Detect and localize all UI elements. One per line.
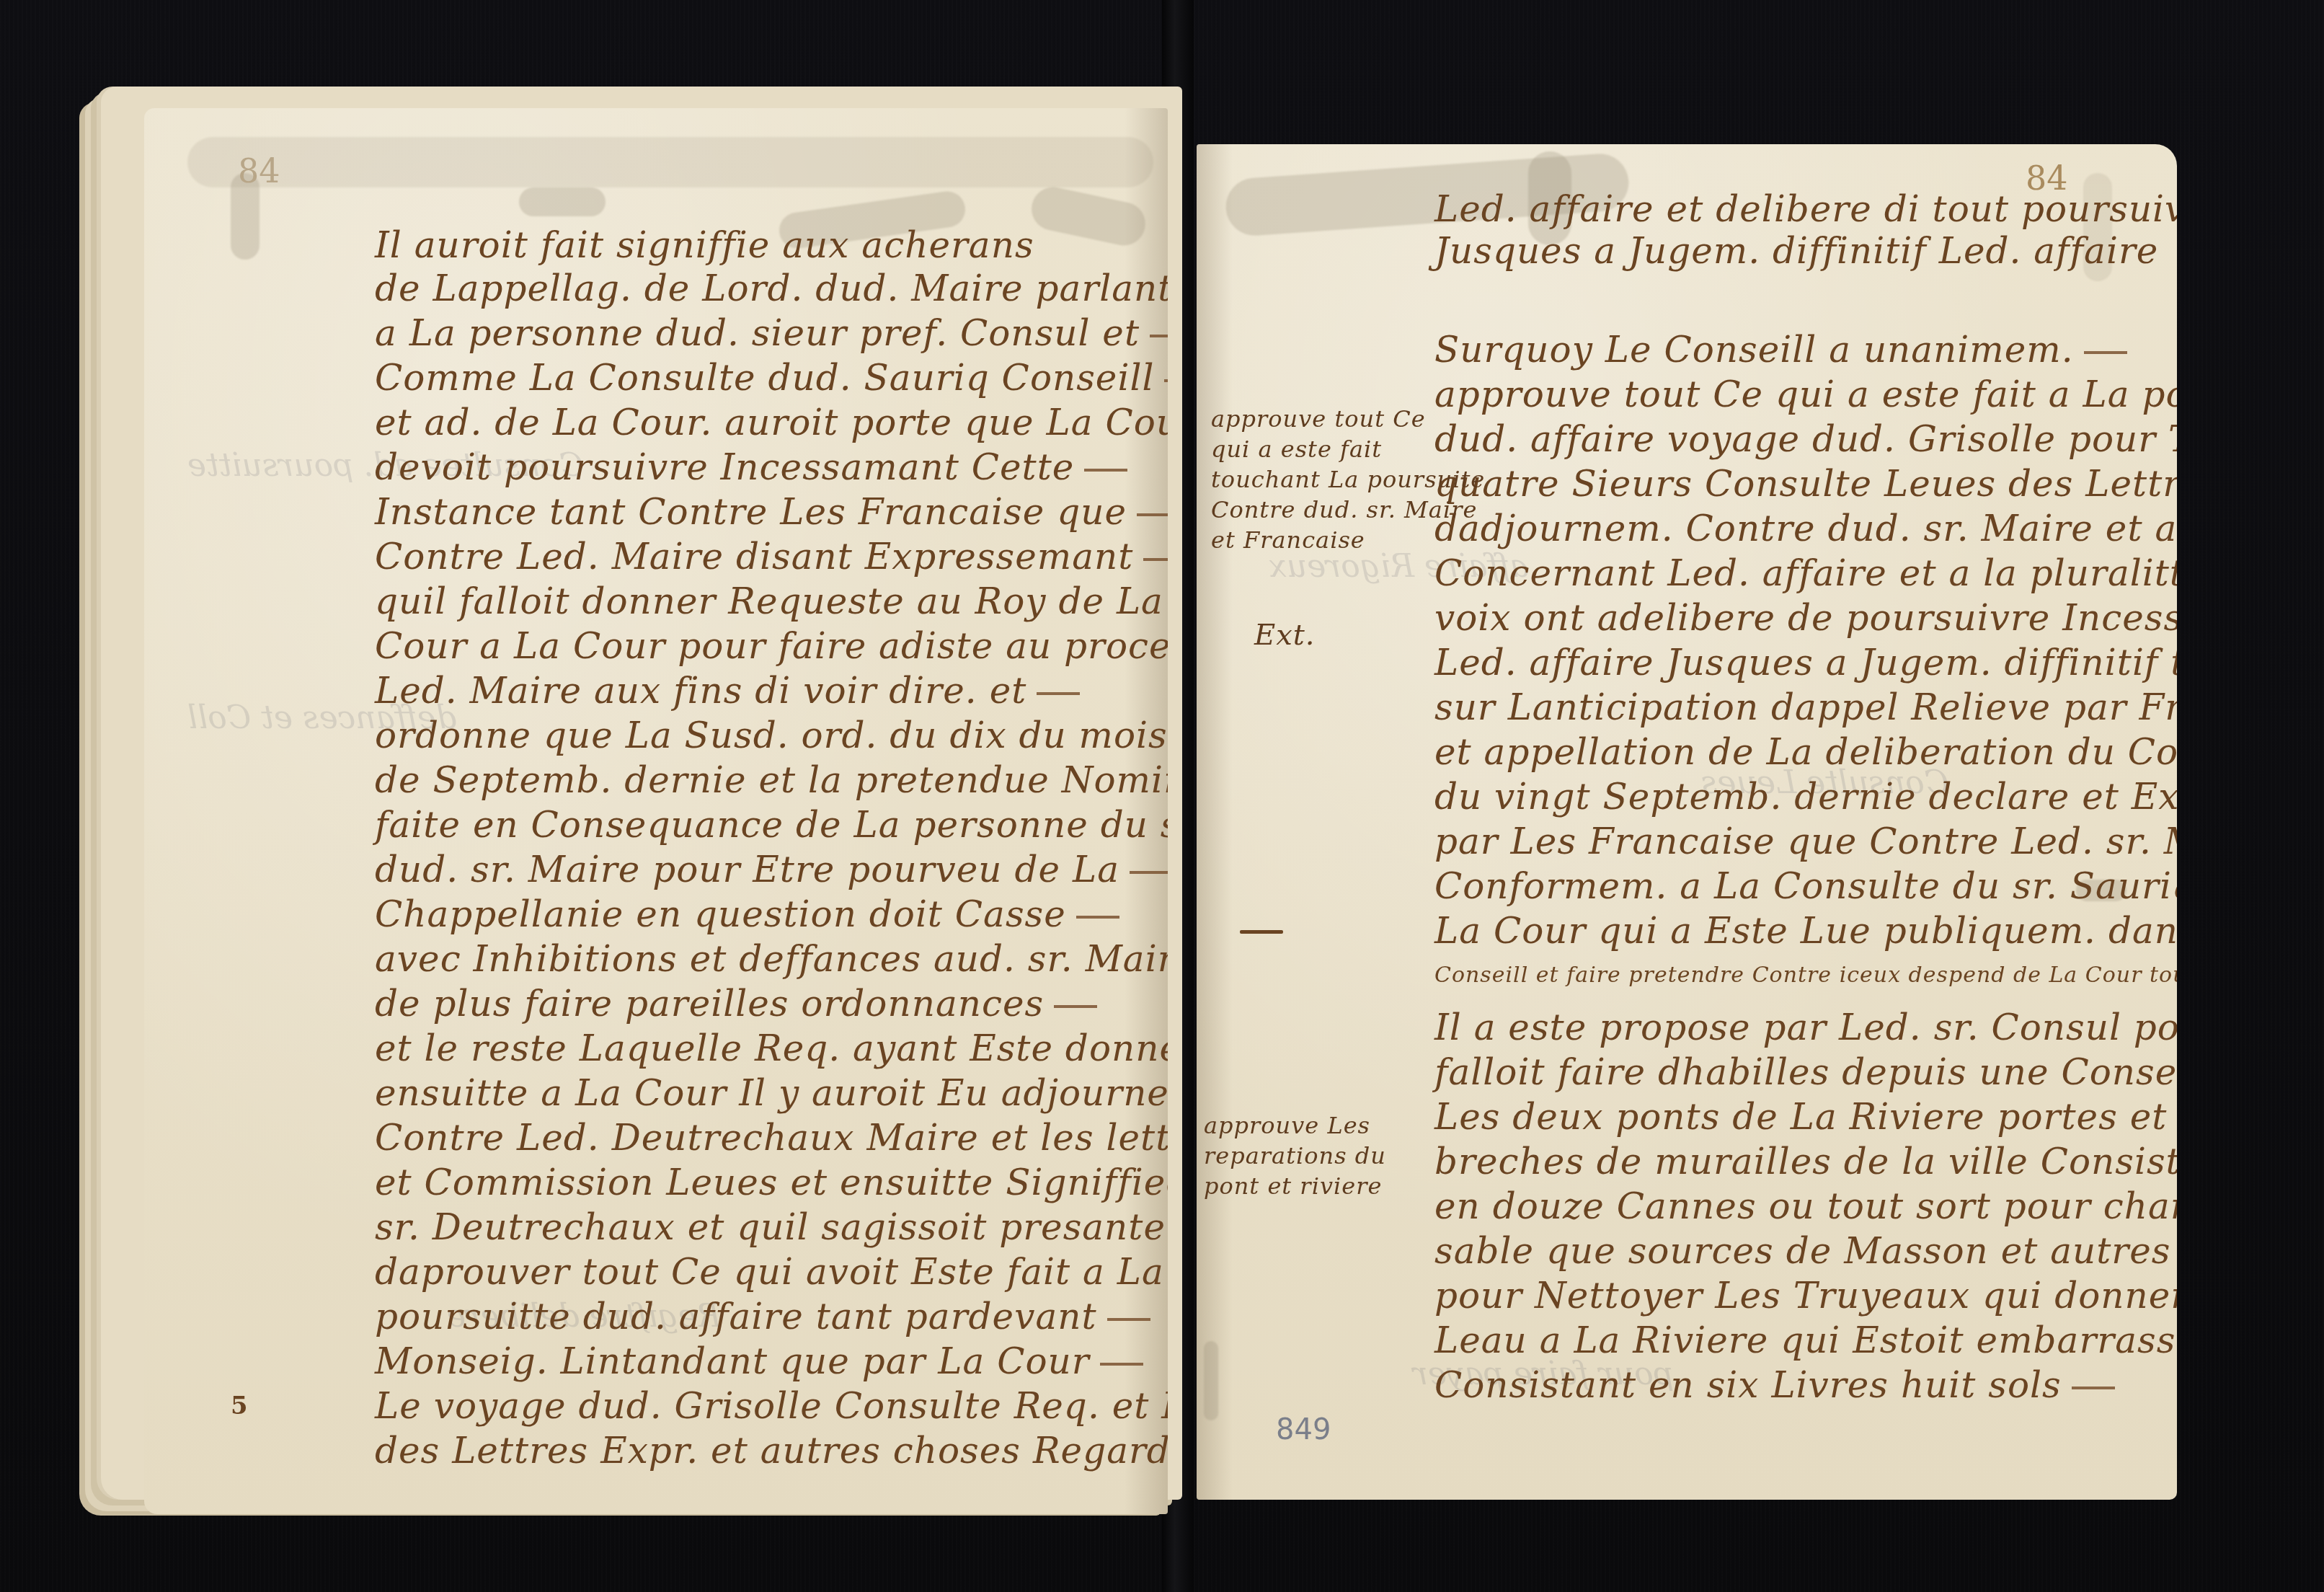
text-line: Les deux ponts de La Riviere portes et	[1434, 1095, 2177, 1138]
text-line: et ad. de La Cour. auroit porte que La C…	[375, 401, 1168, 444]
text-line: par Les Francaise que Contre Led. sr. Ma…	[1434, 820, 2177, 863]
text-line: Leau a La Riviere qui Estoit embarrasse	[1434, 1319, 2177, 1362]
pencil-page-number: 849	[1276, 1413, 1331, 1446]
ink-blot-mark: 5	[231, 1392, 248, 1420]
text-line: La Cour qui a Este Lue publiquem. dans L…	[1434, 909, 2177, 952]
text-line: Le voyage dud. Grisolle Consulte Req. et…	[375, 1384, 1168, 1428]
text-line: Il a este propose par Led. sr. Consul po…	[1434, 1006, 2177, 1049]
text-line: Il auroit fait signiffie aux acherans	[375, 224, 1034, 267]
water-stain	[187, 137, 1153, 187]
text-line: en douze Cannes ou tout sort pour change…	[1434, 1185, 2177, 1228]
margin-note-repairs: approuve Les reparations du pont et rivi…	[1204, 1110, 1386, 1201]
text-line: Conseill et faire pretendre Contre iceux…	[1434, 954, 2177, 997]
text-line: Conformem. a La Consulte du sr. Sauriq a…	[1434, 864, 2177, 908]
text-line: Led. Maire aux fins di voir dire. et	[375, 669, 1080, 712]
text-line: dadjournem. Contre dud. sr. Maire et ade…	[1434, 507, 2177, 550]
text-line: avec Inhibitions et deffances aud. sr. M…	[375, 937, 1168, 981]
text-line: dud. sr. Maire pour Etre pourveu de La	[375, 848, 1168, 891]
text-line: Cour a La Cour pour faire adiste au proc…	[375, 624, 1168, 668]
text-line: et Commission Leues et ensuitte Signiffi…	[375, 1161, 1168, 1204]
text-line: dud. affaire voyage dud. Grisolle pour T…	[1434, 417, 2177, 461]
text-line: Jusques a Jugem. diffinitif Led. affaire	[1434, 229, 2158, 273]
text-line: des Lettres Expr. et autres choses Regar…	[375, 1429, 1168, 1472]
text-line: Monseig. Lintandant que par La Cour	[375, 1340, 1143, 1383]
text-line: quil falloit donner Requeste au Roy de L…	[375, 580, 1168, 623]
text-line: falloit faire dhabilles depuis une Conse…	[1434, 1051, 2177, 1094]
text-line: Contre Led. Deutrechaux Maire et les let…	[375, 1116, 1168, 1159]
text-line: Contre Led. Maire disant Expressemant	[375, 535, 1168, 578]
margin-note-approval: approuve tout Ce qui a este fait touchan…	[1211, 404, 1485, 555]
text-line: devoit poursuivre Incessamant Cette	[375, 446, 1127, 489]
text-line: Surquoy Le Conseill a unanimem.	[1434, 328, 2127, 371]
text-line: du vingt Septemb. dernie declare et Expl…	[1434, 775, 2177, 818]
text-line: Concernant Led. affaire et a la pluralit…	[1434, 552, 2177, 595]
text-line: ensuitte a La Cour Il y auroit Eu adjour…	[375, 1071, 1168, 1115]
text-line: sur Lanticipation dappel Relieve par Fra…	[1434, 686, 2177, 729]
water-stain	[519, 187, 606, 216]
text-line: Led. affaire Jusques a Jugem. diffinitif…	[1434, 641, 2177, 684]
text-line: breches de murailles de la ville Consist…	[1434, 1140, 2177, 1183]
text-line: pour Nettoyer Les Truyeaux qui donnent	[1434, 1274, 2177, 1317]
text-line: de plus faire pareilles ordonnances	[375, 982, 1097, 1025]
text-line: Comme La Consulte dud. Sauriq Conseill	[375, 356, 1168, 399]
text-line: faite en Consequance de La personne du s…	[375, 803, 1168, 846]
left-page: Consultee ad. poursuitte deffances et Co…	[144, 108, 1168, 1514]
text-line: sr. Deutrechaux et quil sagissoit presan…	[375, 1206, 1168, 1249]
corner-mark: 84	[238, 151, 280, 190]
text-line: ordonne que La Susd. ord. du dix du mois	[375, 714, 1168, 757]
right-page: affaire Rigoreux Consulte Leues pour fai…	[1197, 144, 2177, 1500]
water-stain	[1204, 1341, 1218, 1420]
margin-dash	[1240, 930, 1283, 934]
gutter-shadow	[1197, 144, 1233, 1500]
text-line: Instance tant Contre Les Francaise que	[375, 490, 1168, 534]
text-line: daprouver tout Ce qui avoit Este fait a …	[375, 1250, 1168, 1293]
text-line: voix ont adelibere de poursuivre Incessa…	[1434, 596, 2177, 640]
text-line: de Septemb. dernie et la pretendue Nomin…	[375, 759, 1168, 802]
text-line: sable que sources de Masson et autres	[1434, 1229, 2171, 1273]
text-line: et le reste Laquelle Req. ayant Este don…	[375, 1027, 1168, 1070]
text-line: approuve tout Ce qui a este fait a La po…	[1434, 373, 2177, 416]
text-line: Led. affaire et delibere di tout poursui…	[1434, 187, 2177, 231]
text-line: a La personne dud. sieur pref. Consul et	[375, 311, 1168, 355]
text-line: de Lappellag. de Lord. dud. Maire parlan…	[375, 267, 1168, 310]
text-line: Consistant en six Livres huit sols	[1434, 1363, 2115, 1407]
text-line: quatre Sieurs Consulte Leues des Lettres	[1434, 462, 2177, 505]
text-line: poursuitte dud. affaire tant pardevant	[375, 1295, 1150, 1338]
text-line: Chappellanie en question doit Casse	[375, 893, 1119, 936]
text-line: et appellation de La deliberation du Con…	[1434, 730, 2177, 774]
margin-note-ext: Ext.	[1254, 620, 1316, 650]
